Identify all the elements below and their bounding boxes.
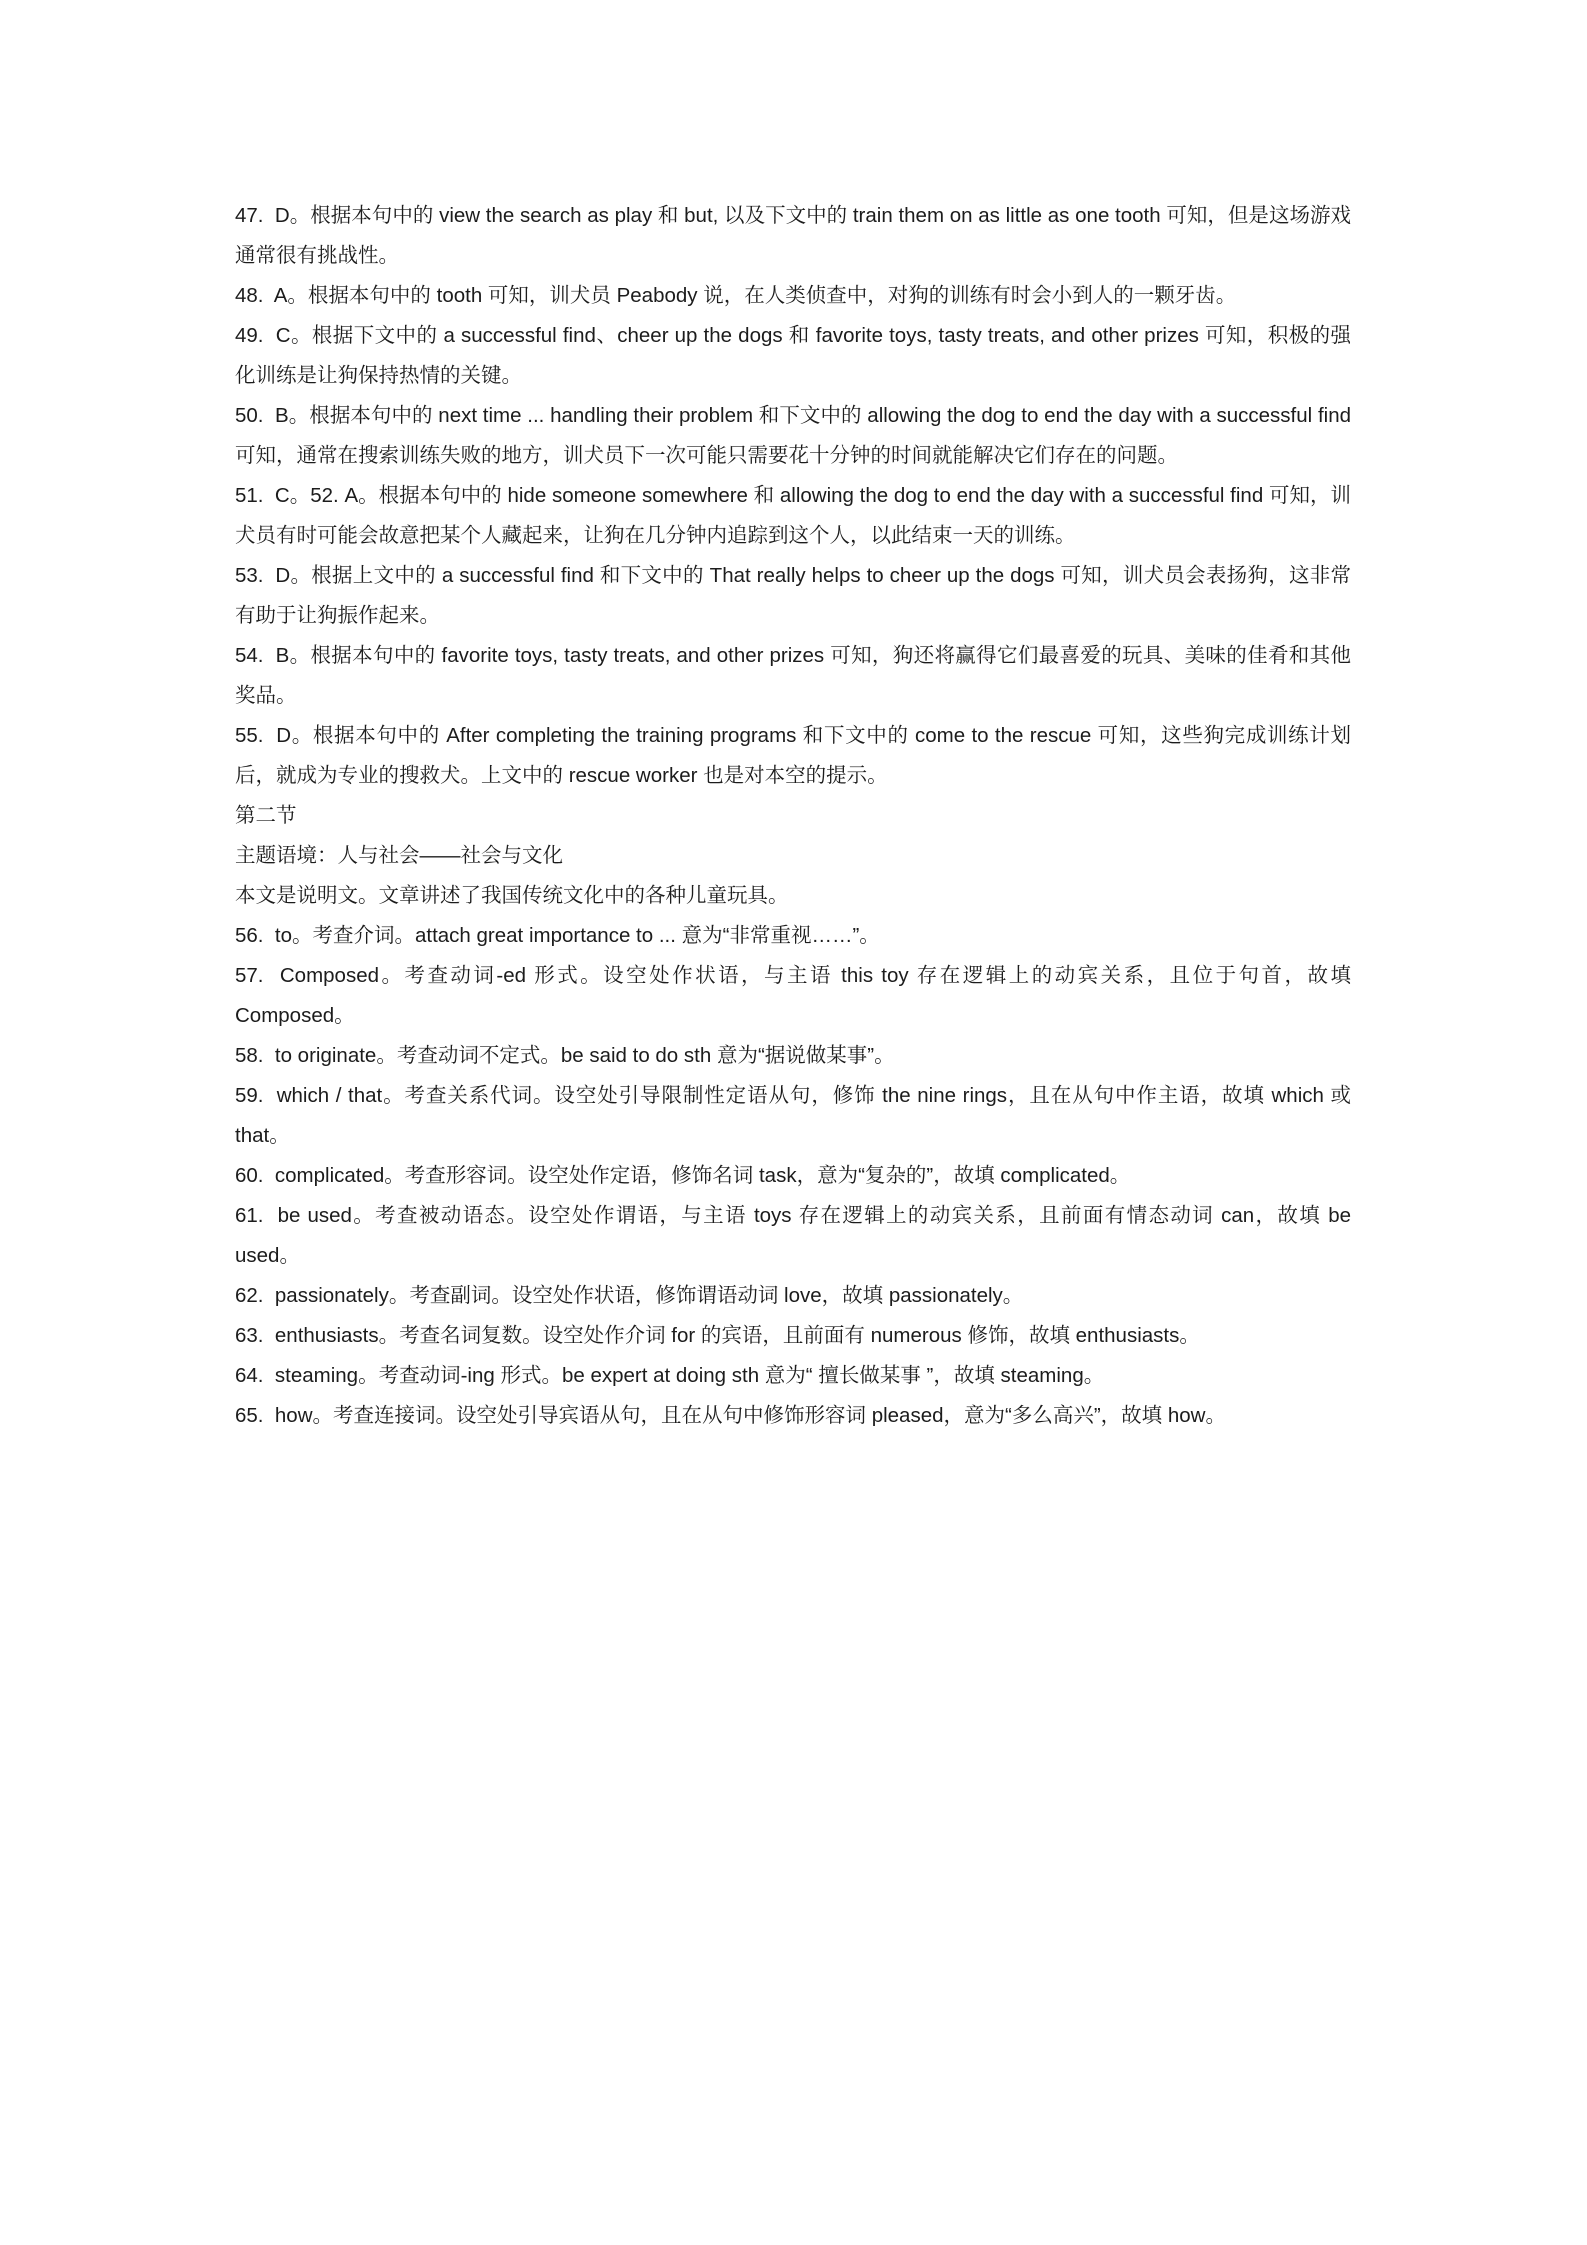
answer-57: 57. Composed。考查动词-ed 形式。设空处作状语，与主语 this … [235,956,1351,1036]
document-page: 47. D。根据本句中的 view the search as play 和 b… [0,0,1587,2245]
answer-47: 47. D。根据本句中的 view the search as play 和 b… [235,196,1351,276]
answer-65: 65. how。考查连接词。设空处引导宾语从句，且在从句中修饰形容词 pleas… [235,1396,1351,1436]
answer-53: 53. D。根据上文中的 a successful find 和下文中的 Tha… [235,556,1351,636]
answer-62: 62. passionately。考查副词。设空处作状语，修饰谓语动词 love… [235,1276,1351,1316]
answer-48: 48. A。根据本句中的 tooth 可知，训犬员 Peabody 说，在人类侦… [235,276,1351,316]
answer-61: 61. be used。考查被动语态。设空处作谓语，与主语 toys 存在逻辑上… [235,1196,1351,1276]
answer-key-text-block: 47. D。根据本句中的 view the search as play 和 b… [235,196,1351,1436]
answer-54: 54. B。根据本句中的 favorite toys, tasty treats… [235,636,1351,716]
answer-56: 56. to。考查介词。attach great importance to .… [235,916,1351,956]
answer-51-52: 51. C。52. A。根据本句中的 hide someone somewher… [235,476,1351,556]
answer-60: 60. complicated。考查形容词。设空处作定语，修饰名词 task，意… [235,1156,1351,1196]
answer-55: 55. D。根据本句中的 After completing the traini… [235,716,1351,796]
passage-summary-line: 本文是说明文。文章讲述了我国传统文化中的各种儿童玩具。 [235,876,1351,916]
section-2-heading: 第二节 [235,796,1351,836]
answer-50: 50. B。根据本句中的 next time ... handling thei… [235,396,1351,476]
answer-58: 58. to originate。考查动词不定式。be said to do s… [235,1036,1351,1076]
answer-63: 63. enthusiasts。考查名词复数。设空处作介词 for 的宾语，且前… [235,1316,1351,1356]
answer-59: 59. which / that。考查关系代词。设空处引导限制性定语从句，修饰 … [235,1076,1351,1156]
answer-64: 64. steaming。考查动词-ing 形式。be expert at do… [235,1356,1351,1396]
answer-49: 49. C。根据下文中的 a successful find、cheer up … [235,316,1351,396]
theme-context-line: 主题语境：人与社会——社会与文化 [235,836,1351,876]
